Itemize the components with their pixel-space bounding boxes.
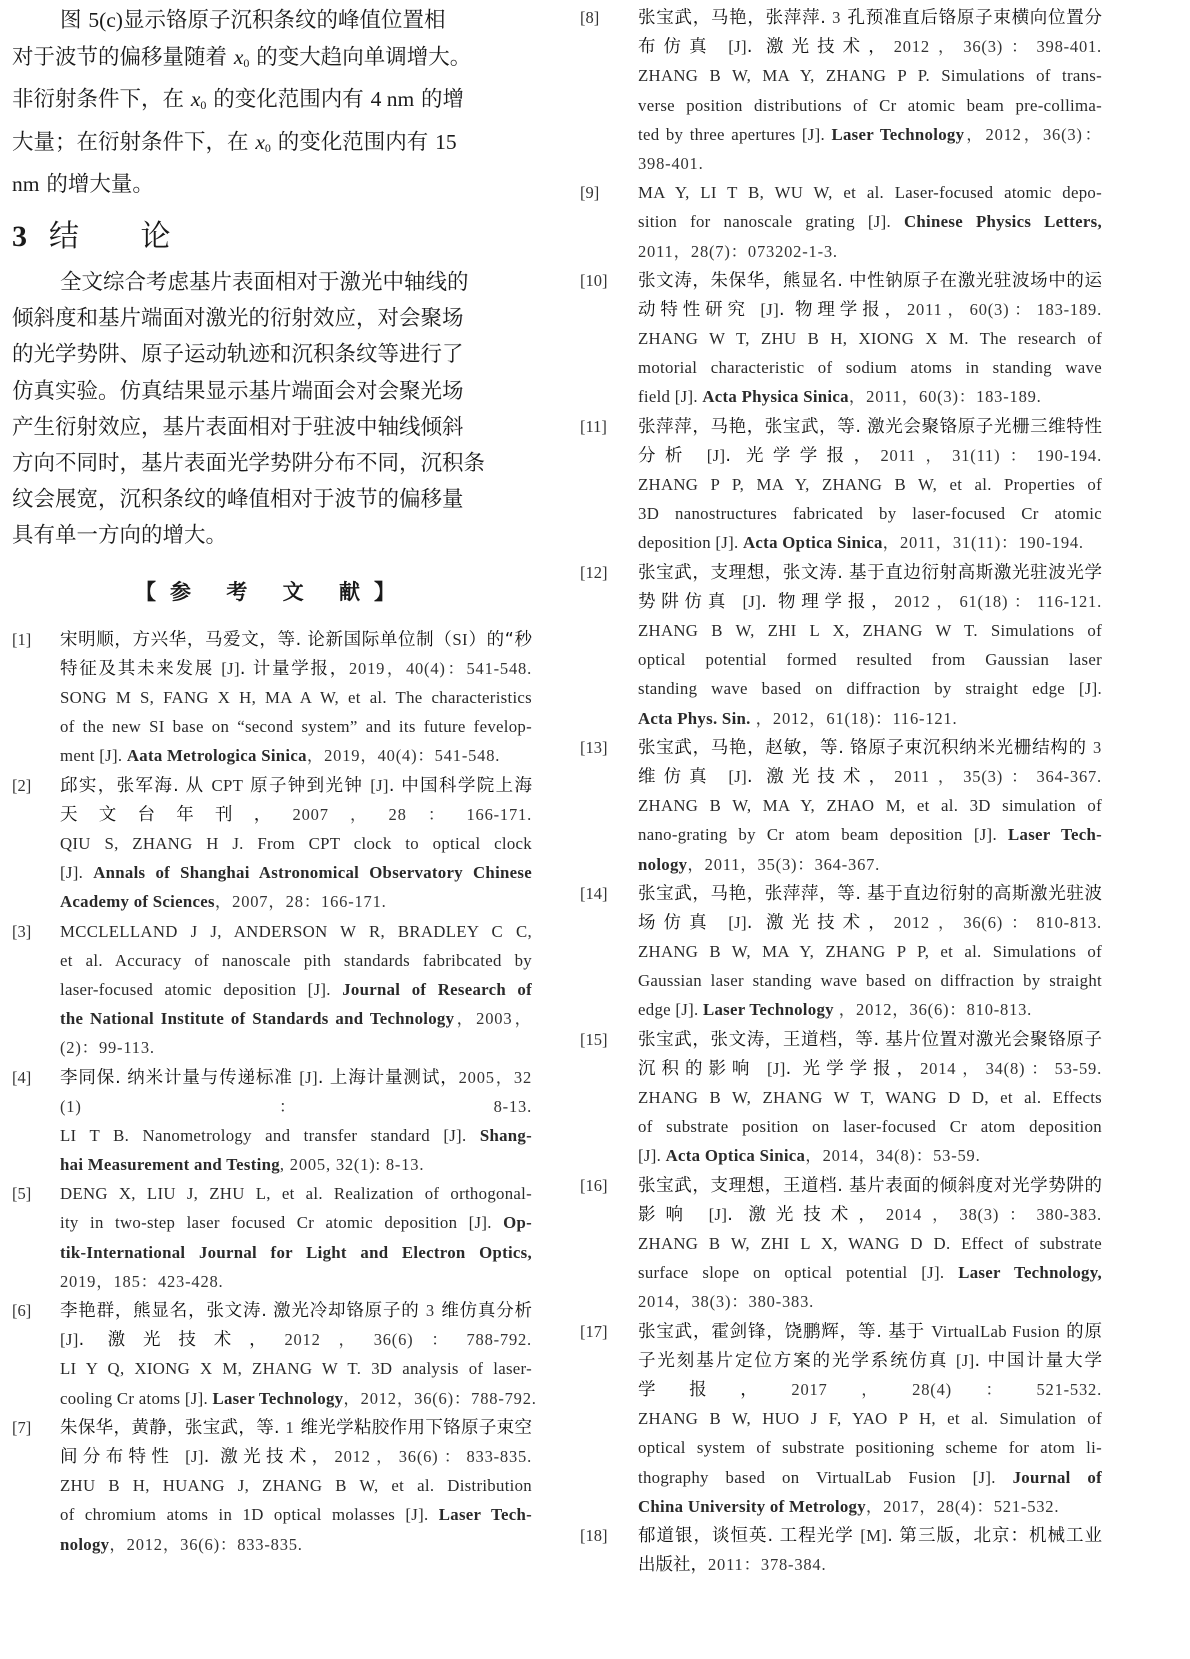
reference-number: [6] — [12, 1296, 31, 1325]
citation-numbers: 2011：378-384. — [708, 1555, 826, 1574]
reference-line: 张宝武，马艳，张萍萍，等. 基于直边衍射的高斯激光驻波 — [638, 879, 1102, 908]
citation-numbers: ，2007，28：166-171. — [215, 892, 387, 911]
text: 的变大趋向单调增大。 — [249, 45, 471, 70]
reference-text: et al. Accuracy of nanoscale pith standa… — [60, 951, 532, 970]
reference-line: 2014，38(3)：380-383. — [638, 1287, 1102, 1316]
reference-text: ity in two-step laser focused Cr atomic … — [60, 1213, 503, 1232]
citation-numbers: 398-401. — [638, 154, 704, 173]
reference-number: [12] — [580, 558, 608, 587]
reference-item: [2]邱实，张军海. 从 CPT 原子钟到光钟 [J]. 中国科学院上海天文台年… — [12, 771, 532, 917]
reference-line: 影响 [J]. 激光技术，2014，38(3)：380-383. — [638, 1200, 1102, 1229]
reference-item: [16]张宝武，支理想，王道档. 基片表面的倾斜度对光学势阱的影响 [J]. 激… — [580, 1171, 1102, 1317]
reference-text: 天文台年刊， — [60, 805, 293, 825]
reference-item: [5]DENG X, LIU J, ZHU L, et al. Realizat… — [12, 1179, 532, 1296]
reference-item: [6]李艳群，熊显名，张文涛. 激光冷却铬原子的 3 维仿真分析[J]. 激光技… — [12, 1296, 532, 1413]
reference-text: 郁道银，谈恒英. 工程光学 — [638, 1526, 860, 1546]
reference-text: . 中国科学院上海 — [389, 776, 532, 796]
reference-text: 维光学粘胶作用下铬原子束空 — [295, 1418, 532, 1438]
citation-numbers: (2)：99-113. — [60, 1038, 155, 1057]
reference-text: 张文涛，朱保华，熊显名. 中性钠原子在激光驻波场中的运 — [638, 271, 1102, 291]
reference-line: [J]. Acta Optica Sinica，2014，34(8)：53-59… — [638, 1141, 1102, 1170]
section-heading: 3结 论 — [12, 217, 532, 257]
reference-line: 分析 [J]. 光学学报，2011，31(11)：190-194. — [638, 441, 1102, 470]
reference-text: . 激光技术， — [79, 1330, 285, 1350]
reference-text: . 激光技术， — [747, 37, 894, 57]
reference-text: 张宝武，马艳，赵敏，等. 铬原子束沉积纳米光栅结构的 — [638, 738, 1093, 758]
reference-text: 3D nanostructures fabricated by laser-fo… — [638, 504, 1102, 523]
citation-numbers: 2012，36(6)：833-835. — [335, 1447, 532, 1466]
citation-numbers: ，2011，60(3)：183-189. — [849, 387, 1042, 406]
journal-name: Acta Optica Sinica — [743, 533, 883, 552]
text-line: 具有单一方向的增大。 — [12, 518, 532, 554]
journal-name: Laser Technology — [213, 1389, 344, 1408]
reference-text: ZHANG B W, MA Y, ZHANG P P, et al. Simul… — [638, 942, 1102, 961]
reference-text: . 第三版，北京：机械工业 — [887, 1526, 1102, 1546]
citation-numbers: ，2012，36(6)：788-792. — [343, 1389, 536, 1408]
journal-name: Laser Tech- — [439, 1505, 532, 1524]
text-line: 非衍射条件下，在 x0 的变化范围内有 4 nm 的增 — [12, 81, 532, 123]
reference-item: [9]MA Y, LI T B, WU W, et al. Laser-focu… — [580, 178, 1102, 266]
reference-line: hai Measurement and Testing, 2005, 32(1)… — [60, 1150, 532, 1179]
reference-line: field [J]. Acta Physica Sinica，2011，60(3… — [638, 382, 1102, 411]
reference-line: DENG X, LIU J, ZHU L, et al. Realization… — [60, 1179, 532, 1208]
reference-line: 宋明顺，方兴华，马爱文，等. 论新国际单位制（SI）的“秒制” — [60, 625, 532, 654]
reference-line: Academy of Sciences，2007，28：166-171. — [60, 887, 532, 916]
reference-text: of chromium atoms in 1D optical molasses… — [60, 1505, 439, 1524]
text: 的变化范围内有 — [271, 130, 435, 155]
reference-text: verse position distributions of Cr atomi… — [638, 96, 1102, 115]
reference-text: edge [J]. — [638, 1000, 703, 1019]
text: 大量；在衍射条件下，在 — [12, 130, 255, 155]
reference-text: 张宝武，霍剑锋，饶鹏辉，等. 基于 — [638, 1322, 931, 1342]
reference-text: 的原 — [1060, 1322, 1102, 1342]
reference-text: 势阱仿真 — [638, 592, 742, 612]
reference-text: MA Y, LI T B, WU W, et al. Laser-focused… — [638, 183, 1102, 202]
citation-numbers: 2014，38(3)：380-383. — [638, 1292, 814, 1311]
reference-line: motorial characteristic of sodium atoms … — [638, 353, 1102, 382]
reference-text: . 激光技术， — [747, 913, 894, 933]
reference-list-left: [1]宋明顺，方兴华，马爱文，等. 论新国际单位制（SI）的“秒制”特征及其未来… — [12, 625, 532, 1559]
reference-text: 孔预准直后铬原子束横向位置分 — [841, 8, 1102, 28]
reference-text: sition for nanoscale grating [J]. — [638, 212, 904, 231]
reference-text: QIU S, ZHANG H J. From CPT clock to opti… — [60, 834, 532, 853]
text: 图 — [60, 8, 88, 33]
journal-name: Laser Technology — [831, 125, 964, 144]
reference-text: [J] — [760, 300, 779, 319]
reference-text: [J] — [709, 1205, 728, 1224]
reference-line: 特征及其未来发展 [J]. 计量学报，2019，40(4)：541-548. — [60, 654, 532, 683]
reference-line: Gaussian laser standing wave based on di… — [638, 966, 1102, 995]
reference-number: [18] — [580, 1521, 608, 1550]
reference-text: 场仿真 — [638, 913, 728, 933]
reference-text: ted by three apertures [J]. — [638, 125, 831, 144]
reference-text: 沉积的影响 — [638, 1059, 767, 1079]
text: 的增大量。 — [39, 172, 153, 197]
text-line: 对于波节的偏移量随着 x0 的变大趋向单调增大。 — [12, 39, 532, 81]
section-title: 结 论 — [49, 219, 197, 254]
reference-line: 2019，185：423-428. — [60, 1267, 532, 1296]
reference-text: [J] — [728, 913, 747, 932]
reference-text: motorial characteristic of sodium atoms … — [638, 358, 1102, 377]
citation-numbers: 3 — [426, 1301, 435, 1320]
reference-text: 子光刻基片定位方案的光学系统仿真 — [638, 1351, 956, 1371]
reference-text: . 物理学报， — [761, 592, 894, 612]
math-variable: x — [234, 45, 244, 69]
reference-line: 天文台年刊，2007，28：166-171. — [60, 800, 532, 829]
text-line: nm 的增大量。 — [12, 166, 532, 203]
text: 非衍射条件下，在 — [12, 87, 191, 112]
reference-item: [14]张宝武，马艳，张萍萍，等. 基于直边衍射的高斯激光驻波场仿真 [J]. … — [580, 879, 1102, 1025]
journal-name: Acta Optica Sinica — [666, 1146, 806, 1165]
reference-line: surface slope on optical potential [J]. … — [638, 1258, 1102, 1287]
reference-line: 李艳群，熊显名，张文涛. 激光冷却铬原子的 3 维仿真分析 — [60, 1296, 532, 1325]
reference-text: 分析 — [638, 446, 707, 466]
reference-number: [13] — [580, 733, 608, 762]
text-line: 全文综合考虑基片表面相对于激光中轴线的 — [12, 265, 532, 301]
citation-numbers: ，2011，31(11)：190-194. — [883, 533, 1084, 552]
reference-text: . 物理学报， — [779, 300, 907, 320]
reference-text: [J] — [299, 1068, 318, 1087]
reference-text: ZHANG B W, ZHI L X, WANG D D. Effect of … — [638, 1234, 1102, 1253]
citation-numbers: ，2012，36(3)： — [964, 125, 1102, 144]
reference-list-right: [8]张宝武，马艳，张萍萍. 3 孔预准直后铬原子束横向位置分布仿真 [J]. … — [580, 3, 1102, 1580]
reference-line: 张宝武，马艳，张萍萍. 3 孔预准直后铬原子束横向位置分 — [638, 3, 1102, 32]
reference-text: . 上海计量测试， — [318, 1068, 459, 1088]
reference-line: 维仿真 [J]. 激光技术，2011，35(3)：364-367. — [638, 762, 1102, 791]
journal-name: Shang- — [480, 1126, 532, 1145]
reference-text: . 光学学报， — [725, 446, 880, 466]
citation-numbers: , 2005, 32(1): 8-13. — [280, 1155, 424, 1174]
reference-text: standing wave based on diffraction by st… — [638, 679, 1102, 698]
reference-item: [4]李同保. 纳米计量与传递标准 [J]. 上海计量测试，2005，32(1)… — [12, 1063, 532, 1180]
reference-number: [8] — [580, 3, 599, 32]
citation-numbers: 2005，32 — [459, 1068, 532, 1087]
journal-name: the National Institute of Standards and … — [60, 1009, 454, 1028]
citation-numbers: 2014，34(8)：53-59. — [920, 1059, 1102, 1078]
reference-line: edge [J]. Laser Technology ，2012，36(6)：8… — [638, 995, 1102, 1024]
reference-text: ZHANG B W, HUO J F, YAO P H, et al. Simu… — [638, 1409, 1102, 1428]
reference-line: ZHANG B W, MA Y, ZHANG P P, et al. Simul… — [638, 937, 1102, 966]
reference-text: surface slope on optical potential [J]. — [638, 1263, 958, 1282]
reference-item: [12]张宝武，支理想，张文涛. 基于直边衍射高斯激光驻波光学势阱仿真 [J].… — [580, 558, 1102, 733]
reference-item: [13]张宝武，马艳，赵敏，等. 铬原子束沉积纳米光栅结构的 3维仿真 [J].… — [580, 733, 1102, 879]
text: 的变化范围内有 — [206, 87, 370, 112]
reference-line: 间分布特性 [J]. 激光技术，2012，36(6)：833-835. — [60, 1442, 532, 1471]
journal-name: Op- — [503, 1213, 532, 1232]
reference-text: . 光学学报， — [786, 1059, 921, 1079]
reference-item: [3]MCCLELLAND J J, ANDERSON W R, BRADLEY… — [12, 917, 532, 1063]
text-line: 的光学势阱、原子运动轨迹和沉积条纹等进行了 — [12, 337, 532, 373]
journal-name: Laser Technology — [703, 1000, 834, 1019]
reference-text: 朱保华，黄静，张宝武，等. — [60, 1418, 286, 1438]
section-number: 3 — [12, 220, 27, 253]
reference-line: ZHANG W T, ZHU B H, XIONG X M. The resea… — [638, 324, 1102, 353]
reference-line: LI Y Q, XIONG X M, ZHANG W T. 3D analysi… — [60, 1354, 532, 1383]
reference-number: [5] — [12, 1179, 31, 1208]
reference-text: ZHANG B W, ZHANG W T, WANG D D, et al. E… — [638, 1088, 1102, 1107]
reference-line: 郁道银，谈恒英. 工程光学 [M]. 第三版，北京：机械工业 — [638, 1521, 1102, 1550]
reference-number: [15] — [580, 1025, 608, 1054]
journal-name: Academy of Sciences — [60, 892, 215, 911]
reference-text: 宋明顺，方兴华，马爱文，等. 论新国际单位制（ — [60, 630, 452, 650]
reference-text: 张宝武，张文涛，王道档，等. 基片位置对激光会聚铬原子 — [638, 1030, 1102, 1050]
journal-name: Journal of — [1013, 1468, 1102, 1487]
reference-text: MCCLELLAND J J, ANDERSON W R, BRADLEY C … — [60, 922, 532, 941]
reference-text: SI — [452, 630, 468, 649]
reference-text: ZHANG B W, MA Y, ZHANG P P. Simulations … — [638, 66, 1102, 85]
citation-numbers: 2007，28：166-171. — [293, 805, 532, 824]
reference-line: 2011，28(7)：073202-1-3. — [638, 237, 1102, 266]
reference-text: ZHANG B W, ZHI L X, ZHANG W T. Simulatio… — [638, 621, 1102, 640]
citation-numbers: 3 — [1093, 738, 1102, 757]
reference-line: verse position distributions of Cr atomi… — [638, 91, 1102, 120]
reference-line: China University of Metrology，2017，28(4)… — [638, 1492, 1102, 1521]
journal-name: Annals of Shanghai Astronomical Observat… — [93, 863, 532, 882]
reference-line: 张宝武，张文涛，王道档，等. 基片位置对激光会聚铬原子 — [638, 1025, 1102, 1054]
citation-numbers: ，2019，40(4)：541-548. — [307, 746, 500, 765]
reference-text: optical potential formed resulted from G… — [638, 650, 1102, 669]
reference-text: field [J]. — [638, 387, 702, 406]
reference-line: Acta Phys. Sin. ，2012，61(18)：116-121. — [638, 704, 1102, 733]
citation-numbers: 2014，38(3)：380-383. — [886, 1205, 1102, 1224]
reference-line: of substrate position on laser-focused C… — [638, 1112, 1102, 1141]
reference-line: MA Y, LI T B, WU W, et al. Laser-focused… — [638, 178, 1102, 207]
reference-text: 特征及其未来发展 — [60, 659, 221, 679]
reference-text: 维仿真分析 — [435, 1301, 532, 1321]
reference-text: . 计量学报， — [240, 659, 349, 679]
citation-numbers: 3 — [832, 8, 841, 27]
reference-line: 动特性研究 [J]. 物理学报，2011，60(3)：183-189. — [638, 295, 1102, 324]
citation-numbers: 2017，28(4)：521-532. — [791, 1380, 1102, 1399]
reference-text: SONG M S, FANG X H, MA A W, et al. The c… — [60, 688, 532, 707]
reference-text: thography based on VirtualLab Fusion [J]… — [638, 1468, 1013, 1487]
reference-line: laser-focused atomic deposition [J]. Jou… — [60, 975, 532, 1004]
reference-line: 学报，2017，28(4)：521-532. — [638, 1375, 1102, 1404]
reference-text: 布仿真 — [638, 37, 728, 57]
reference-number: [10] — [580, 266, 608, 295]
reference-item: [11]张萍萍，马艳，张宝武，等. 激光会聚铬原子光栅三维特性分析 [J]. 光… — [580, 412, 1102, 558]
reference-line: of the new SI base on “second system” an… — [60, 712, 532, 741]
right-column: [8]张宝武，马艳，张萍萍. 3 孔预准直后铬原子束横向位置分布仿真 [J]. … — [580, 0, 1102, 1580]
journal-name: Chinese Physics Letters, — [904, 212, 1102, 231]
citation-numbers: 2012，36(6)：810-813. — [894, 913, 1102, 932]
reference-item: [1]宋明顺，方兴华，马爱文，等. 论新国际单位制（SI）的“秒制”特征及其未来… — [12, 625, 532, 771]
reference-text: [J] — [956, 1351, 975, 1370]
reference-text: [J] — [767, 1059, 786, 1078]
reference-line: et al. Accuracy of nanoscale pith standa… — [60, 946, 532, 975]
reference-line: ity in two-step laser focused Cr atomic … — [60, 1208, 532, 1237]
reference-line: 场仿真 [J]. 激光技术，2012，36(6)：810-813. — [638, 908, 1102, 937]
results-paragraph: 图 5(c)显示铬原子沉积条纹的峰值位置相 对于波节的偏移量随着 x0 的变大趋… — [12, 2, 532, 203]
text-line: 仿真实验。仿真结果显示基片端面会对会聚光场 — [12, 374, 532, 410]
reference-line: 沉积的影响 [J]. 光学学报，2014，34(8)：53-59. — [638, 1054, 1102, 1083]
journal-name: China University of Metrology — [638, 1497, 866, 1516]
journal-name: Acta Physica Sinica — [702, 387, 848, 406]
reference-text: 维仿真 — [638, 767, 728, 787]
citation-numbers: 2019，40(4)：541-548. — [349, 659, 532, 678]
reference-text: [J]. — [60, 863, 93, 882]
reference-text: [J] — [221, 659, 240, 678]
reference-line: ZHANG B W, MA Y, ZHANG P P. Simulations … — [638, 61, 1102, 90]
reference-text: 原子钟到光钟 — [243, 776, 370, 796]
journal-name: nology — [60, 1535, 109, 1554]
citation-numbers: 1 — [286, 1418, 295, 1437]
reference-text: 张宝武，支理想，张文涛. 基于直边衍射高斯激光驻波光学 — [638, 563, 1102, 583]
reference-line: ZHANG B W, ZHI L X, WANG D D. Effect of … — [638, 1229, 1102, 1258]
citation-numbers: ，2012，36(6)：810-813. — [834, 1000, 1032, 1019]
reference-line: of chromium atoms in 1D optical molasses… — [60, 1500, 532, 1529]
reference-line: [J]. Annals of Shanghai Astronomical Obs… — [60, 858, 532, 887]
math-variable: x — [255, 130, 265, 154]
reference-text: 出版社， — [638, 1555, 708, 1575]
reference-item: [17]张宝武，霍剑锋，饶鹏辉，等. 基于 VirtualLab Fusion … — [580, 1317, 1102, 1521]
reference-line: ZHANG P P, MA Y, ZHANG B W, et al. Prope… — [638, 470, 1102, 499]
reference-item: [15]张宝武，张文涛，王道档，等. 基片位置对激光会聚铬原子沉积的影响 [J]… — [580, 1025, 1102, 1171]
reference-number: [9] — [580, 178, 599, 207]
citation-numbers: ，2014，34(8)：53-59. — [805, 1146, 980, 1165]
reference-text: cooling Cr atoms [J]. — [60, 1389, 213, 1408]
reference-number: [2] — [12, 771, 31, 800]
reference-number: [14] — [580, 879, 608, 908]
reference-line: ZHANG B W, HUO J F, YAO P H, et al. Simu… — [638, 1404, 1102, 1433]
reference-line: thography based on VirtualLab Fusion [J]… — [638, 1463, 1102, 1492]
reference-line: SONG M S, FANG X H, MA A W, et al. The c… — [60, 683, 532, 712]
reference-line: optical system of substrate positioning … — [638, 1433, 1102, 1462]
reference-text: laser-focused atomic deposition [J]. — [60, 980, 342, 999]
reference-line: ted by three apertures [J]. Laser Techno… — [638, 120, 1102, 149]
reference-line: deposition [J]. Acta Optica Sinica，2011，… — [638, 528, 1102, 557]
text-line: 纹会展宽，沉积条纹的峰值相对于波节的偏移量 — [12, 482, 532, 518]
citation-numbers: (1)：8-13. — [60, 1097, 532, 1116]
reference-line: ZHANG B W, ZHANG W T, WANG D D, et al. E… — [638, 1083, 1102, 1112]
reference-text: ZHANG B W, MA Y, ZHAO M, et al. 3D simul… — [638, 796, 1102, 815]
reference-line: [J]. 激光技术，2012，36(6)：788-792. — [60, 1325, 532, 1354]
citation-numbers: ，2012，36(6)：833-835. — [109, 1535, 302, 1554]
journal-name: tik-International Journal for Light and … — [60, 1243, 532, 1262]
reference-line: standing wave based on diffraction by st… — [638, 674, 1102, 703]
reference-number: [17] — [580, 1317, 608, 1346]
reference-line: 张宝武，支理想，张文涛. 基于直边衍射高斯激光驻波光学 — [638, 558, 1102, 587]
citation-numbers: 2011，60(3)：183-189. — [907, 300, 1102, 319]
reference-line: 张宝武，支理想，王道档. 基片表面的倾斜度对光学势阱的 — [638, 1171, 1102, 1200]
reference-text: deposition [J]. — [638, 533, 743, 552]
citation-numbers: 2012，36(6)：788-792. — [284, 1330, 532, 1349]
reference-line: 张宝武，马艳，赵敏，等. 铬原子束沉积纳米光栅结构的 3 — [638, 733, 1102, 762]
citation-numbers: 2011，28(7)：073202-1-3. — [638, 242, 838, 261]
reference-line: 子光刻基片定位方案的光学系统仿真 [J]. 中国计量大学 — [638, 1346, 1102, 1375]
reference-item: [8]张宝武，马艳，张萍萍. 3 孔预准直后铬原子束横向位置分布仿真 [J]. … — [580, 3, 1102, 178]
unit-text: nm — [12, 172, 39, 196]
citation-numbers: ，2012，61(18)：116-121. — [751, 709, 958, 728]
reference-line: ZHANG B W, MA Y, ZHAO M, et al. 3D simul… — [638, 791, 1102, 820]
reference-text: [J] — [707, 446, 726, 465]
reference-number: [1] — [12, 625, 31, 654]
journal-name: nology — [638, 855, 687, 874]
math-variable: x — [191, 87, 201, 111]
reference-text: ZHANG W T, ZHU B H, XIONG X M. The resea… — [638, 329, 1102, 348]
reference-text: of the new SI base on “second system” an… — [60, 717, 532, 736]
reference-text: of substrate position on laser-focused C… — [638, 1117, 1102, 1136]
reference-line: 布仿真 [J]. 激光技术，2012，36(3)：398-401. — [638, 32, 1102, 61]
reference-number: [16] — [580, 1171, 608, 1200]
reference-line: ZHU B H, HUANG J, ZHANG B W, et al. Dist… — [60, 1471, 532, 1500]
reference-number: [4] — [12, 1063, 31, 1092]
reference-line: 李同保. 纳米计量与传递标准 [J]. 上海计量测试，2005，32 — [60, 1063, 532, 1092]
reference-line: tik-International Journal for Light and … — [60, 1238, 532, 1267]
reference-text: 张萍萍，马艳，张宝武，等. 激光会聚铬原子光栅三维特性 — [638, 417, 1102, 437]
citation-numbers: 2019，185：423-428. — [60, 1272, 223, 1291]
reference-text: [M] — [860, 1526, 887, 1545]
reference-text: VirtualLab Fusion — [931, 1322, 1059, 1341]
reference-line: optical potential formed resulted from G… — [638, 645, 1102, 674]
citation-numbers: 2011，31(11)：190-194. — [880, 446, 1102, 465]
reference-text: 李艳群，熊显名，张文涛. 激光冷却铬原子的 — [60, 1301, 426, 1321]
conclusion-paragraph: 全文综合考虑基片表面相对于激光中轴线的倾斜度和基片端面对激光的衍射效应，对会聚场… — [12, 265, 532, 555]
reference-text: 动特性研究 — [638, 300, 760, 320]
reference-line: LI T B. Nanometrology and transfer stand… — [60, 1121, 532, 1150]
reference-line: QIU S, ZHANG H J. From CPT clock to opti… — [60, 829, 532, 858]
value-text: 15 — [435, 130, 457, 154]
reference-text: 学报， — [638, 1380, 791, 1400]
journal-name: hai Measurement and Testing — [60, 1155, 280, 1174]
reference-line: 出版社，2011：378-384. — [638, 1550, 1102, 1580]
citation-numbers: ，2017，28(4)：521-532. — [866, 1497, 1059, 1516]
reference-item: [10]张文涛，朱保华，熊显名. 中性钠原子在激光驻波场中的运动特性研究 [J]… — [580, 266, 1102, 412]
reference-text: LI T B. Nanometrology and transfer stand… — [60, 1126, 480, 1145]
reference-line: 势阱仿真 [J]. 物理学报，2012，61(18)：116-121. — [638, 587, 1102, 616]
reference-text: ZHU B H, HUANG J, ZHANG B W, et al. Dist… — [60, 1476, 532, 1495]
reference-text: nano-grating by Cr atom beam deposition … — [638, 825, 1008, 844]
reference-item: [7]朱保华，黄静，张宝武，等. 1 维光学粘胶作用下铬原子束空间分布特性 [J… — [12, 1413, 532, 1559]
citation-numbers: 2012，61(18)：116-121. — [894, 592, 1102, 611]
citation-numbers: ，2011，35(3)：364-367. — [687, 855, 880, 874]
text-line: 倾斜度和基片端面对激光的衍射效应，对会聚场 — [12, 301, 532, 337]
journal-name: Journal of Research of — [342, 980, 532, 999]
reference-text: CPT — [211, 776, 243, 795]
reference-line: 张宝武，霍剑锋，饶鹏辉，等. 基于 VirtualLab Fusion 的原 — [638, 1317, 1102, 1346]
reference-text: [J] — [742, 592, 761, 611]
reference-line: nology，2011，35(3)：364-367. — [638, 850, 1102, 879]
reference-line: 张文涛，朱保华，熊显名. 中性钠原子在激光驻波场中的运 — [638, 266, 1102, 295]
text-line: 图 5(c)显示铬原子沉积条纹的峰值位置相 — [12, 2, 532, 39]
reference-text: . 激光技术， — [204, 1447, 335, 1467]
reference-text: ment [J]. — [60, 746, 127, 765]
reference-text: 邱实，张军海. 从 — [60, 776, 211, 796]
text-line: 方向不同时，基片表面光学势阱分布不同，沉积条 — [12, 446, 532, 482]
reference-text: LI Y Q, XIONG X M, ZHANG W T. 3D analysi… — [60, 1359, 532, 1378]
reference-number: [3] — [12, 917, 31, 946]
reference-line: nano-grating by Cr atom beam deposition … — [638, 820, 1102, 849]
reference-text: [J]. — [638, 1146, 666, 1165]
figure-ref: 5(c) — [88, 8, 123, 32]
reference-text: [J] — [60, 1330, 79, 1349]
journal-name: Laser Technology, — [958, 1263, 1102, 1282]
journal-name: Aata Metrologica Sinica — [127, 746, 307, 765]
reference-line: cooling Cr atoms [J]. Laser Technology，2… — [60, 1384, 532, 1413]
text: 对于波节的偏移量随着 — [12, 45, 234, 70]
reference-line: the National Institute of Standards and … — [60, 1004, 532, 1033]
reference-text: . 激光技术， — [747, 767, 894, 787]
reference-line: 邱实，张军海. 从 CPT 原子钟到光钟 [J]. 中国科学院上海 — [60, 771, 532, 800]
reference-line: ZHANG B W, ZHI L X, ZHANG W T. Simulatio… — [638, 616, 1102, 645]
reference-text: Gaussian laser standing wave based on di… — [638, 971, 1102, 990]
reference-number: [11] — [580, 412, 607, 441]
reference-line: 3D nanostructures fabricated by laser-fo… — [638, 499, 1102, 528]
reference-text: 张宝武，马艳，张萍萍. — [638, 8, 832, 28]
text-line: 产生衍射效应，基片表面相对于驻波中轴线倾斜 — [12, 410, 532, 446]
reference-line: 朱保华，黄静，张宝武，等. 1 维光学粘胶作用下铬原子束空 — [60, 1413, 532, 1442]
references-heading: 【参 考 文 献】 — [12, 577, 532, 607]
